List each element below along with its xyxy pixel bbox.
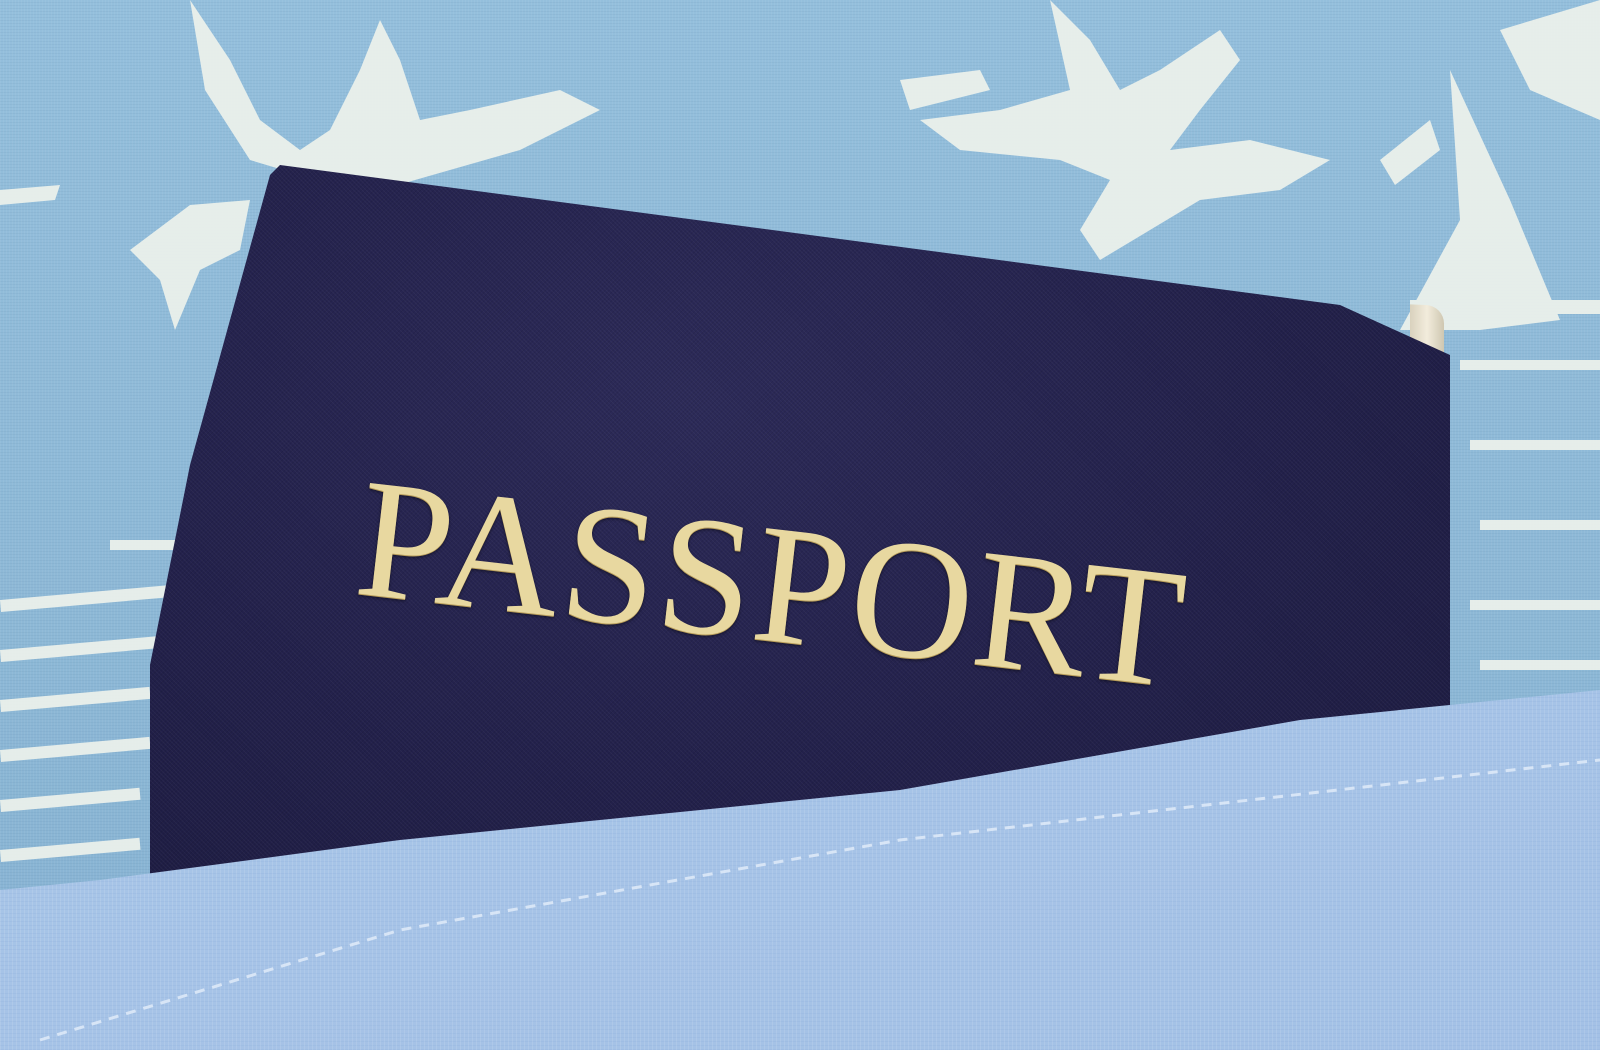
photo-scene: PASSPORT <box>0 0 1600 1050</box>
pocket-stitching <box>0 0 1600 1050</box>
